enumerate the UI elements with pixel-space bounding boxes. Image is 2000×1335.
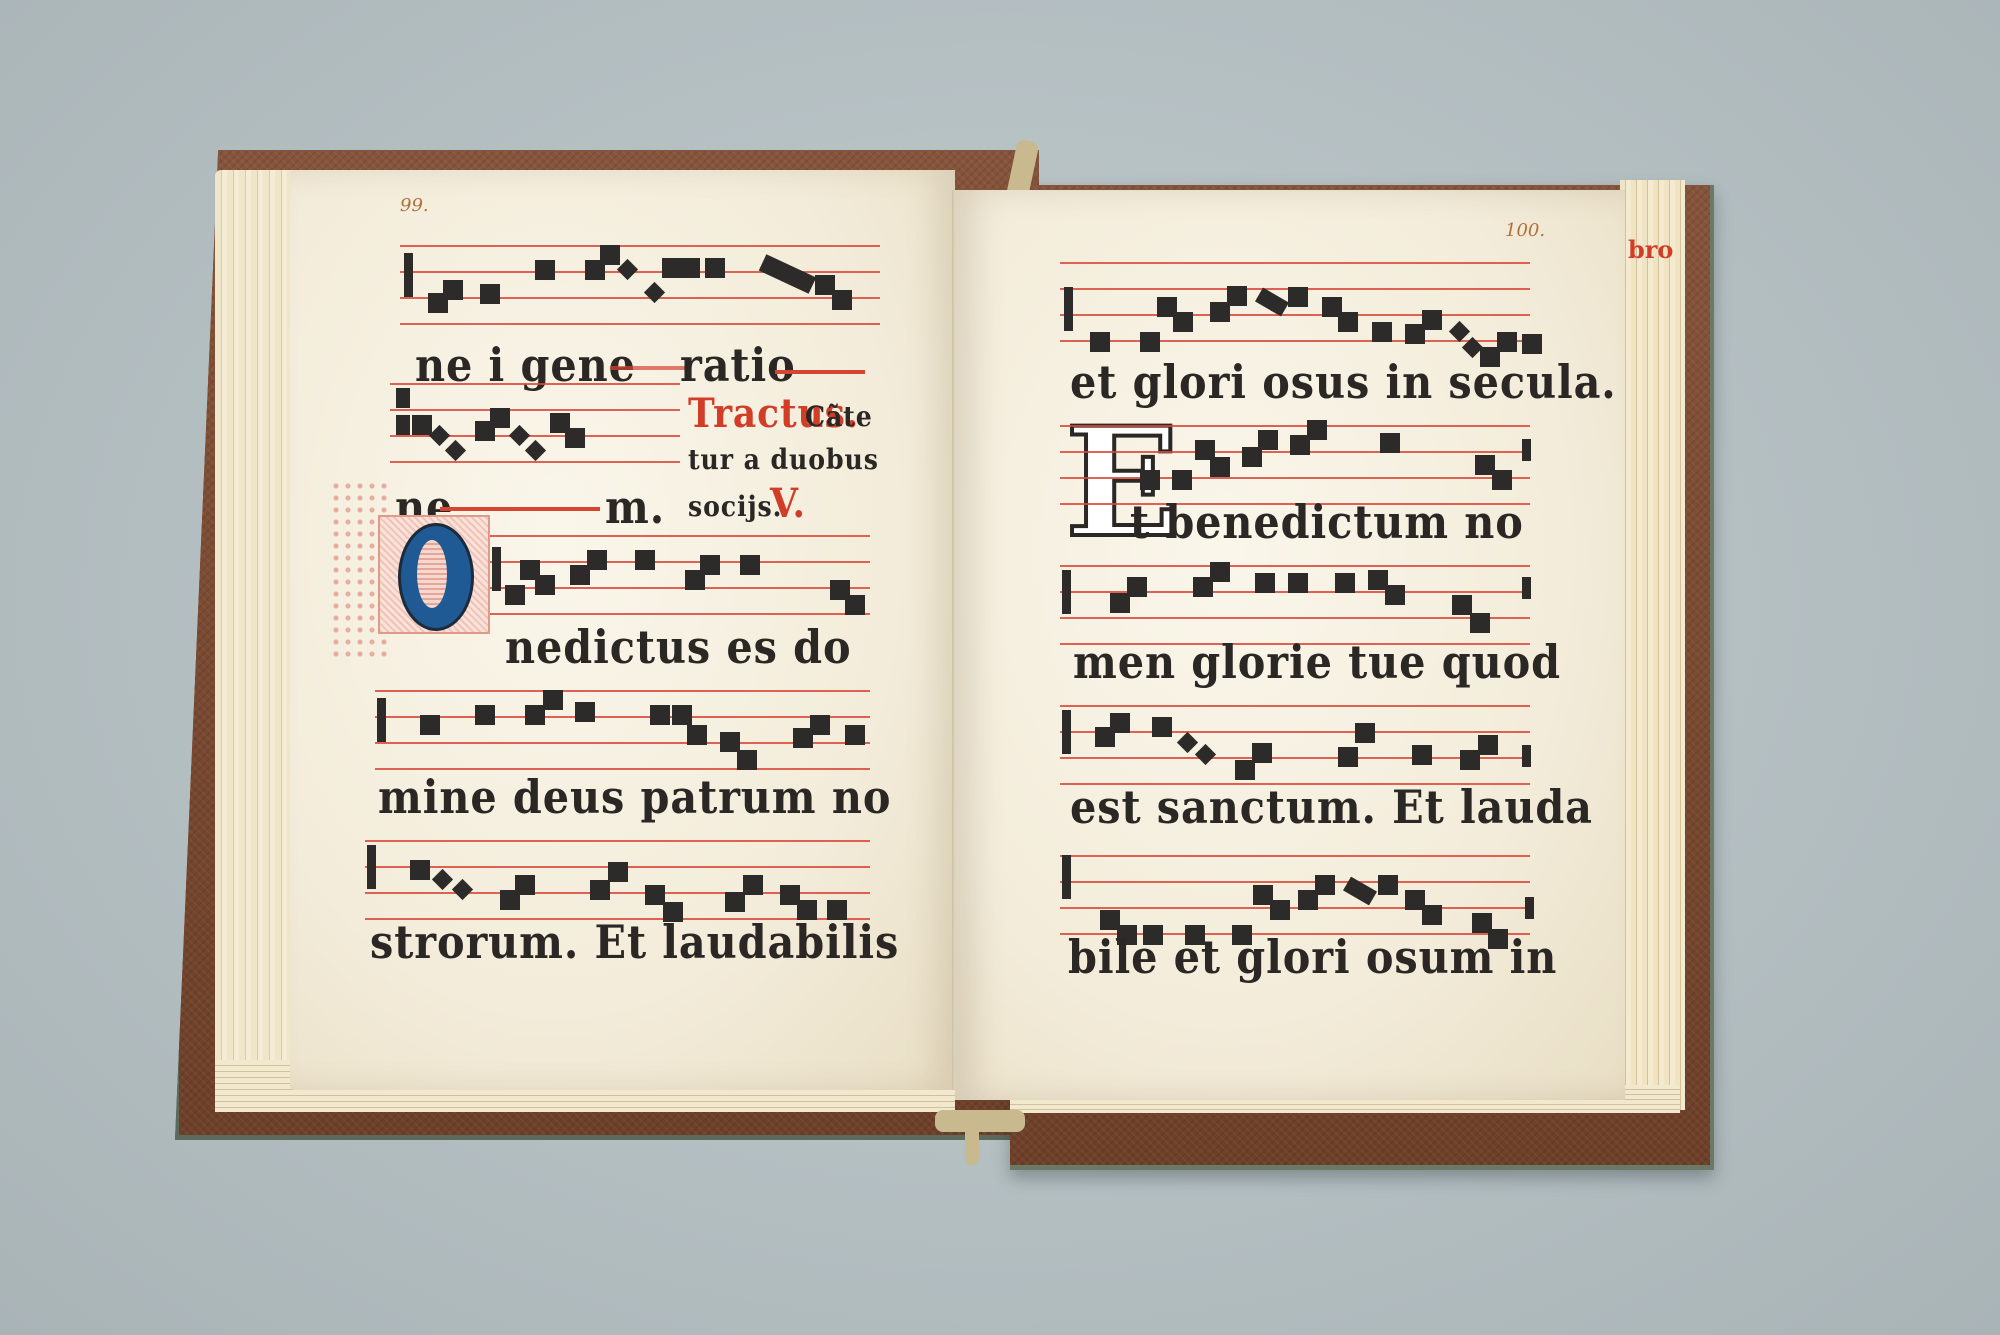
lyric-left-5: strorum. Et laudabilis: [370, 915, 899, 969]
folio-number-right: 100.: [1505, 220, 1545, 241]
lyric-right-2: t benedictum no: [1130, 495, 1524, 549]
melisma-line: [610, 366, 690, 370]
lyric-right-5: bile et glori osum in: [1068, 930, 1557, 984]
illuminated-initial: B: [378, 515, 490, 634]
c-clef-icon: [404, 253, 413, 297]
rubric-versicle: V.: [770, 480, 806, 527]
bottom-cord-tie: [935, 1110, 1025, 1132]
melisma-line: [440, 507, 600, 511]
lyric-left-1b: ratio: [680, 338, 796, 392]
lyric-left-3: nedictus es do: [505, 620, 852, 674]
staff-left-2: [390, 383, 680, 487]
lyric-left-4: mine deus patrum no: [378, 770, 891, 824]
lyric-right-3: men glorie tue quod: [1073, 635, 1561, 689]
bottom-cord-tassel: [965, 1120, 979, 1165]
right-page-stack: [1620, 180, 1685, 1110]
melisma-line: [775, 370, 865, 374]
folio-number-left: 99.: [400, 195, 429, 216]
edge-tab-text: bro: [1628, 235, 1673, 264]
lyric-left-2b: m.: [605, 480, 665, 534]
rubric-instruction-2: tur a duobus: [688, 443, 879, 476]
rubric-instruction-1: Cãte: [805, 400, 873, 433]
rubric-instruction-3: socijs.: [688, 490, 782, 523]
staff-left-1: [400, 245, 880, 349]
lyric-right-4: est sanctum. Et lauda: [1070, 780, 1593, 834]
staff-right-1: [1060, 262, 1530, 366]
